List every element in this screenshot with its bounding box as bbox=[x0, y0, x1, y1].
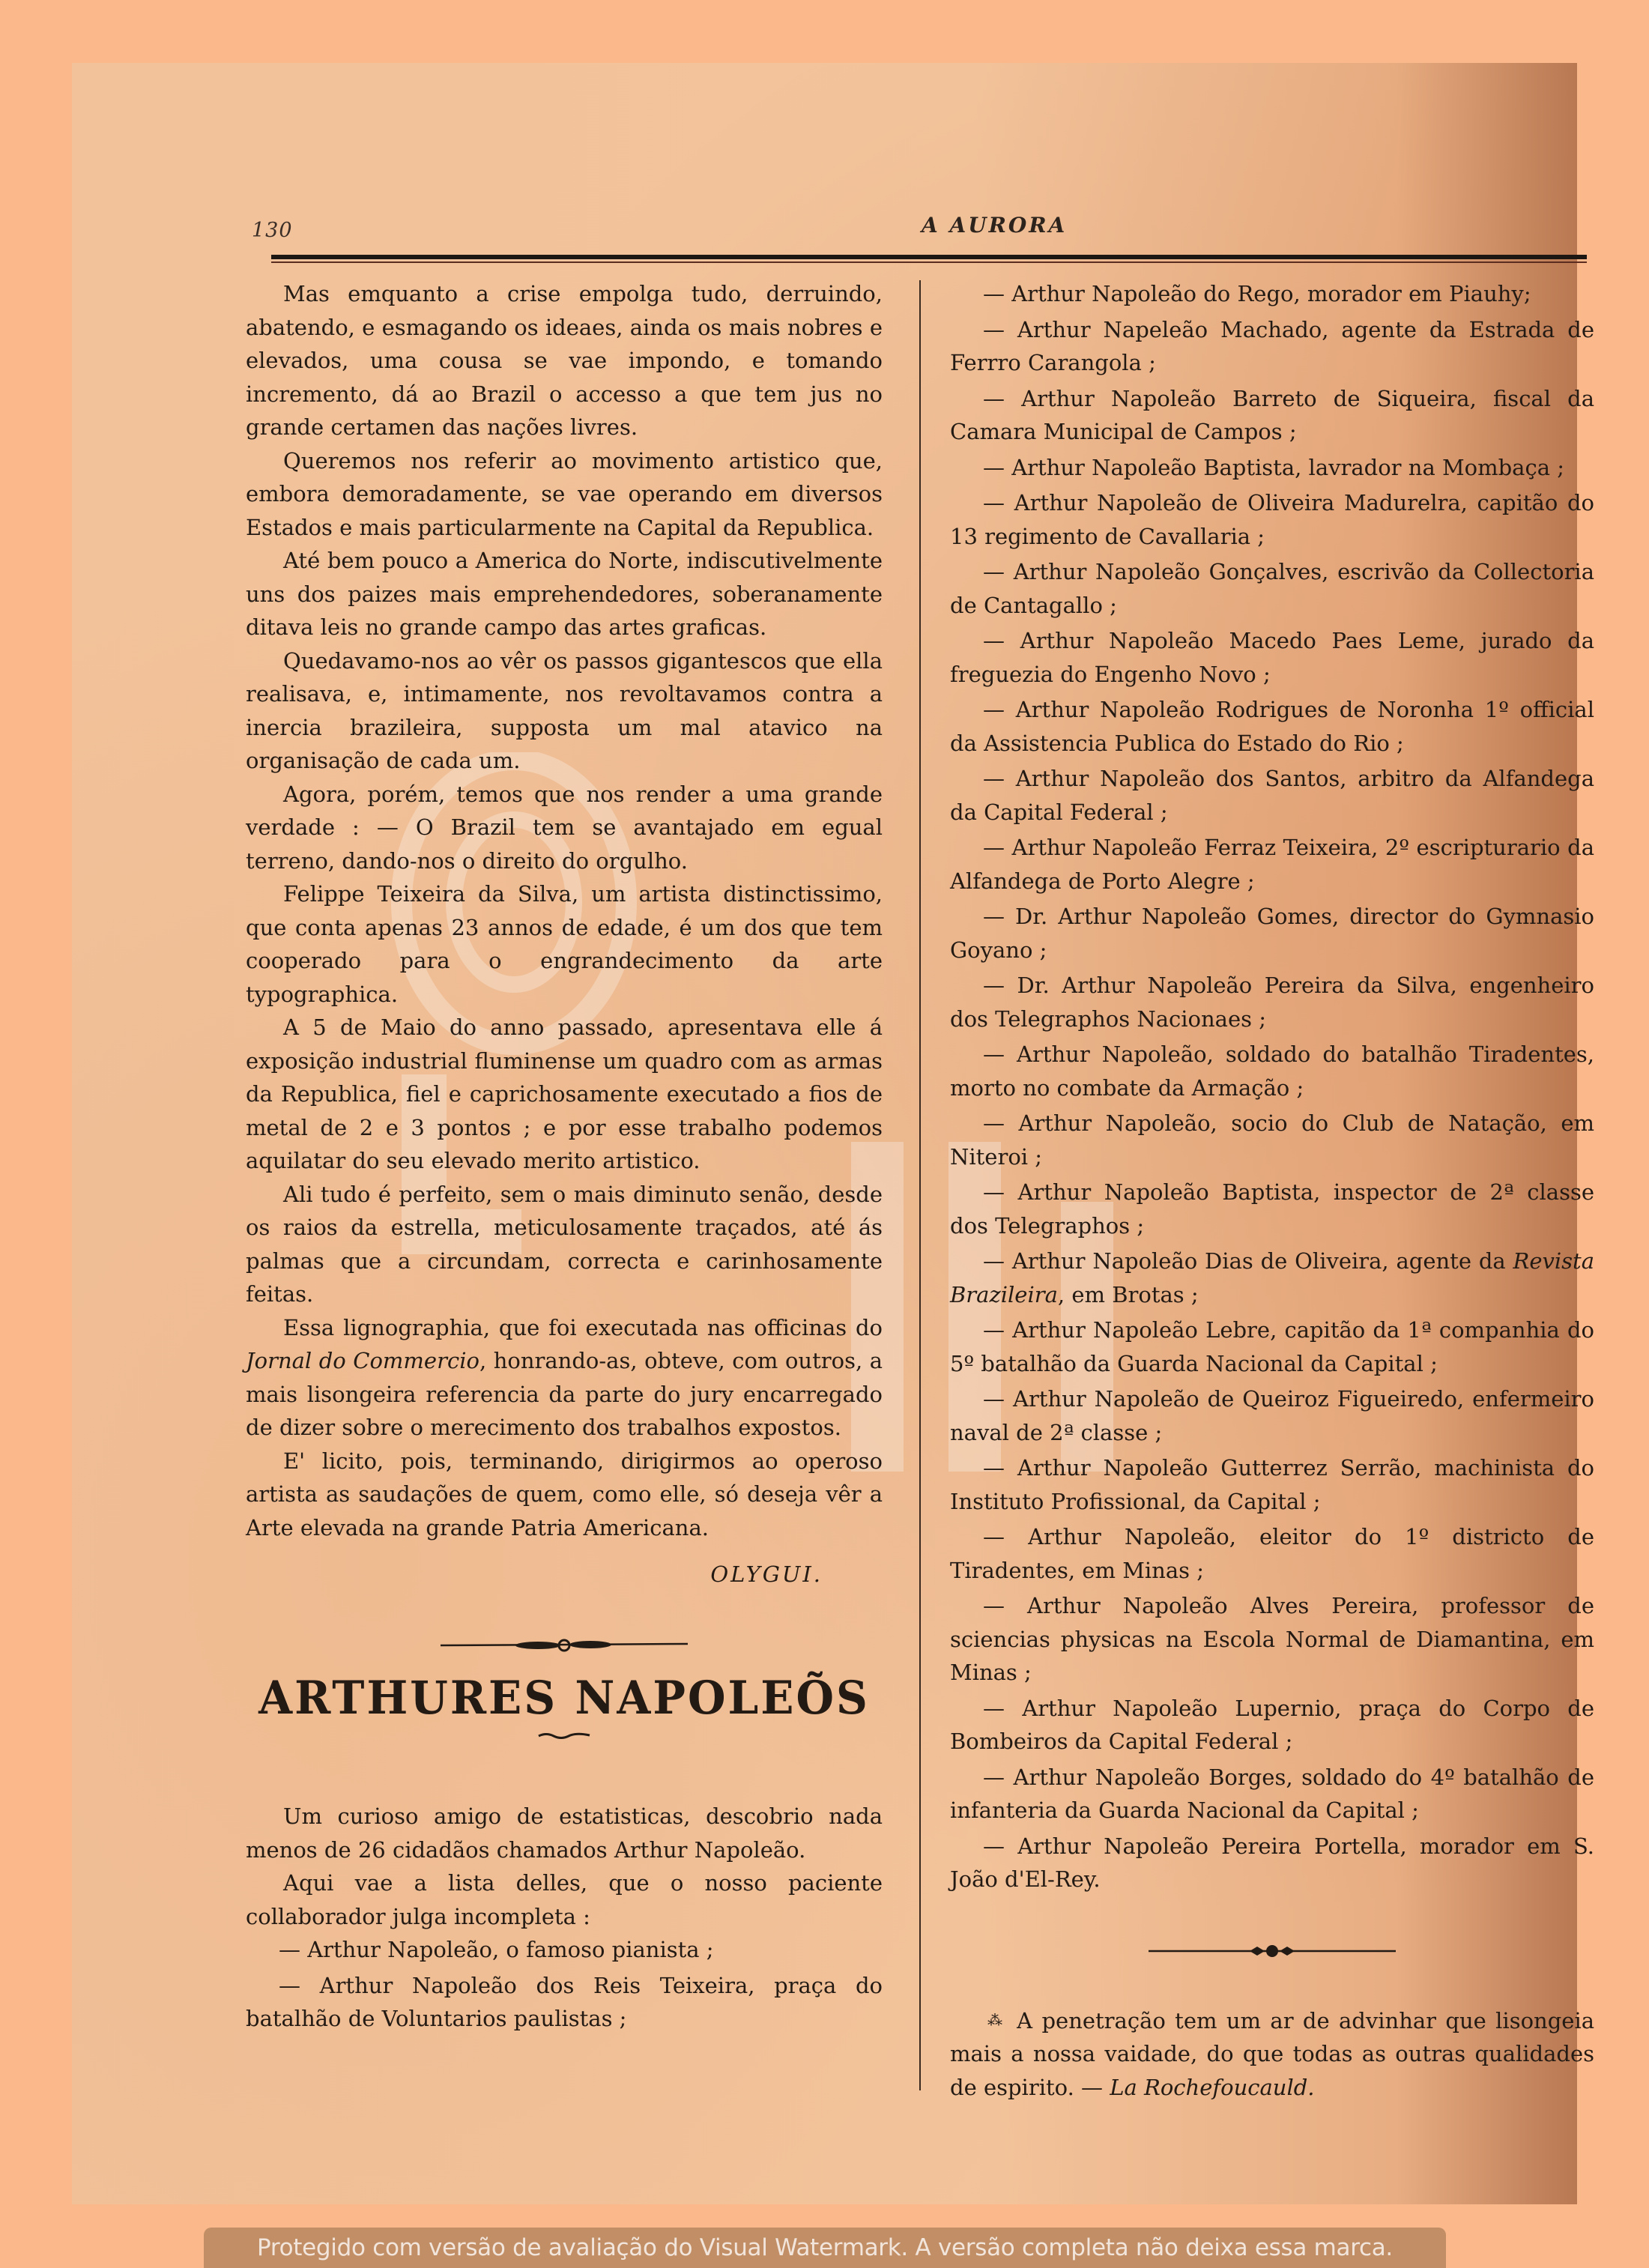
paragraph: Quedavamo-nos ao vêr os passos gigantesc… bbox=[246, 644, 883, 778]
paragraph: Ali tudo é perfeito, sem o mais diminuto… bbox=[246, 1178, 883, 1311]
list-item: — Arthur Napoleão Dias de Oliveira, agen… bbox=[950, 1245, 1594, 1311]
list-item: — Dr. Arthur Napoleão Gomes, director do… bbox=[950, 900, 1594, 967]
ornament-divider-icon bbox=[441, 1636, 688, 1654]
list-item: — Arthur Napoleão Gutterrez Serrão, mach… bbox=[950, 1451, 1594, 1518]
list-item: — Arthur Napoleão Lebre, capitão da 1ª c… bbox=[950, 1313, 1594, 1380]
list-item-text: — Arthur Napoleão Dias de Oliveira, agen… bbox=[983, 1248, 1513, 1274]
running-head-title: A AURORA bbox=[922, 213, 1067, 238]
left-column: Mas emquanto a crise empolga tudo, derru… bbox=[246, 277, 883, 2038]
paragraph: Mas emquanto a crise empolga tudo, derru… bbox=[246, 277, 883, 444]
list-item: — Arthur Napoleão Gonçalves, escrivão da… bbox=[950, 555, 1594, 622]
newspaper-page: 130 A AURORA Mas emquanto a crise empolg… bbox=[72, 63, 1577, 2204]
list-item: — Arthur Napoleão Baptista, inspector de… bbox=[950, 1176, 1594, 1242]
spacer bbox=[950, 1899, 1594, 1944]
list-item: — Arthur Napoleão Rodrigues de Noronha 1… bbox=[950, 693, 1594, 760]
paragraph: Até bem pouco a America do Norte, indisc… bbox=[246, 544, 883, 644]
paragraph: Essa lignographia, que foi executada nas… bbox=[246, 1311, 883, 1445]
author-signature: OLYGUI. bbox=[246, 1558, 883, 1591]
header-rule-thin bbox=[271, 261, 1587, 263]
maxim-author: La Rochefoucauld. bbox=[1110, 2075, 1314, 2100]
list-item: — Arthur Napoleão, eleitor do 1º distric… bbox=[950, 1520, 1594, 1587]
list-item: — Arthur Napoleão dos Santos, arbitro da… bbox=[950, 762, 1594, 829]
paragraph: Um curioso amigo de estatisticas, descob… bbox=[246, 1800, 883, 1866]
list-item: — Dr. Arthur Napoleão Pereira da Silva, … bbox=[950, 969, 1594, 1035]
header-rule bbox=[271, 255, 1587, 259]
watermark-banner: Protegido com versão de avaliação do Vis… bbox=[204, 2228, 1446, 2268]
list-item: — Arthur Napoleão, soldado do batalhão T… bbox=[950, 1038, 1594, 1104]
list-item: — Arthur Napeleão Machado, agente da Est… bbox=[950, 313, 1594, 380]
maxim-paragraph: ⁂A penetração tem um ar de advinhar que … bbox=[950, 2004, 1594, 2105]
paragraph-text: Essa lignographia, que foi executada nas… bbox=[283, 1315, 883, 1340]
watermark-text: Protegido com versão de avaliação do Vis… bbox=[257, 2234, 1393, 2261]
list-item: — Arthur Napoleão de Oliveira Madurelra,… bbox=[950, 486, 1594, 553]
asterism-icon: ⁂ bbox=[987, 2011, 1006, 2029]
list-item: — Arthur Napoleão, o famoso pianista ; bbox=[246, 1933, 883, 1967]
list-item: — Arthur Napoleão de Queiroz Figueiredo,… bbox=[950, 1382, 1594, 1449]
article-title: ARTHURES NAPOLEÕS bbox=[246, 1680, 883, 1715]
list-item: — Arthur Napoleão Baptista, lavrador na … bbox=[950, 451, 1594, 485]
column-divider bbox=[919, 280, 921, 2090]
list-item: — Arthur Napoleão Alves Pereira, profess… bbox=[950, 1589, 1594, 1690]
list-item: — Arthur Napoleão Pereira Portella, mora… bbox=[950, 1830, 1594, 1896]
page-number: 130 bbox=[252, 219, 293, 242]
list-item-text: , em Brotas ; bbox=[1058, 1282, 1199, 1307]
section-ornament bbox=[950, 1944, 1594, 1959]
list-item: — Arthur Napoleão do Rego, morador em Pi… bbox=[950, 277, 1594, 311]
list-item: — Arthur Napoleão Barreto de Siqueira, f… bbox=[950, 382, 1594, 449]
paragraph: E' licito, pois, terminando, dirigirmos … bbox=[246, 1445, 883, 1545]
paragraph: Queremos nos referir ao movimento artist… bbox=[246, 444, 883, 545]
list-item: — Arthur Napoleão Lupernio, praça do Cor… bbox=[950, 1692, 1594, 1759]
list-item: — Arthur Napoleão Macedo Paes Leme, jura… bbox=[950, 624, 1594, 691]
section-ornament bbox=[246, 1636, 883, 1654]
right-column: — Arthur Napoleão do Rego, morador em Pi… bbox=[950, 277, 1594, 2104]
title-underline bbox=[246, 1731, 883, 1740]
list-item: — Arthur Napoleão, socio do Club de Nata… bbox=[950, 1107, 1594, 1173]
paragraph: Aqui vae a lista delles, que o nosso pac… bbox=[246, 1866, 883, 1933]
ornament-divider-icon bbox=[1149, 1944, 1396, 1959]
paragraph: Agora, porém, temos que nos render a uma… bbox=[246, 778, 883, 878]
paragraph: A 5 de Maio do anno passado, apresentava… bbox=[246, 1011, 883, 1178]
wavy-rule-icon bbox=[537, 1731, 591, 1740]
list-item: — Arthur Napoleão Borges, soldado do 4º … bbox=[950, 1761, 1594, 1827]
paragraph: Felippe Teixeira da Silva, um artista di… bbox=[246, 877, 883, 1011]
newspaper-name: Jornal do Commercio bbox=[246, 1348, 479, 1373]
list-item: — Arthur Napoleão dos Reis Teixeira, pra… bbox=[246, 1969, 883, 2036]
list-item: — Arthur Napoleão Ferraz Teixeira, 2º es… bbox=[950, 831, 1594, 898]
